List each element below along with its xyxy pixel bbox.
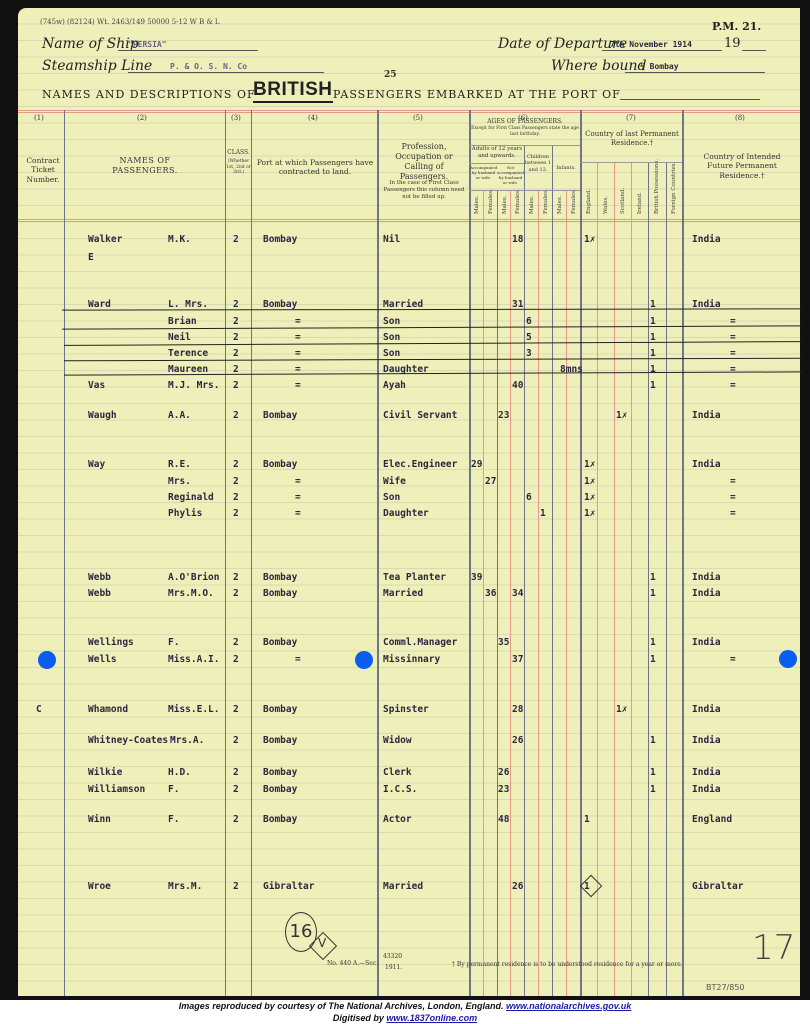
col1-header: Contract Ticket Number. bbox=[22, 156, 64, 184]
future-residence: India bbox=[692, 459, 721, 470]
col8-number: (8) bbox=[735, 114, 745, 122]
future-residence: = bbox=[730, 476, 736, 487]
passenger-age: 3 bbox=[526, 348, 532, 359]
col-divider-5 bbox=[469, 110, 471, 996]
passenger-class: 2 bbox=[233, 572, 239, 583]
credit-text-1: Images reproduced by courtesy of The Nat… bbox=[179, 1001, 504, 1011]
passenger-given-name: F. bbox=[168, 637, 179, 648]
res-subline bbox=[631, 162, 632, 996]
landing-port: Bombay bbox=[263, 735, 297, 746]
passenger-given-name: H.D. bbox=[168, 767, 191, 778]
age-subline bbox=[510, 190, 511, 996]
profession: Civil Servant bbox=[383, 410, 457, 421]
passenger-age: 27 bbox=[485, 476, 496, 487]
age-subline bbox=[524, 145, 525, 996]
passenger-given-name: Neil bbox=[168, 332, 191, 343]
form-title-suffix: PASSENGERS EMBARKED AT THE PORT OF bbox=[333, 88, 621, 101]
profession: Clerk bbox=[383, 767, 412, 778]
landing-port: Bombay bbox=[263, 784, 297, 795]
col5-header: Profession, Occupation or Calling of Pas… bbox=[380, 142, 468, 182]
future-residence: India bbox=[692, 784, 721, 795]
passenger-class: 2 bbox=[233, 704, 239, 715]
landing-port: = bbox=[295, 332, 301, 343]
passenger-age: 18 bbox=[512, 234, 523, 245]
col6-note: Except for First Class Passengers state … bbox=[470, 126, 580, 137]
passenger-surname: Wellings bbox=[88, 637, 134, 648]
profession: Son bbox=[383, 332, 400, 343]
age-header-rule bbox=[469, 190, 580, 191]
line-underline bbox=[128, 72, 324, 73]
col8-header: Country of Intended Future Permanent Res… bbox=[690, 152, 794, 180]
corner-handwritten-mark: 17 bbox=[752, 928, 795, 968]
form-title-prefix: NAMES AND DESCRIPTIONS OF bbox=[42, 88, 256, 101]
profession: Son bbox=[383, 316, 400, 327]
landing-port: Bombay bbox=[263, 588, 297, 599]
passenger-age: 36 bbox=[485, 588, 496, 599]
res-header-rule bbox=[580, 162, 682, 163]
future-residence: India bbox=[692, 410, 721, 421]
passenger-age: 40 bbox=[512, 380, 523, 391]
passenger-given-name: M.J. Mrs. bbox=[168, 380, 219, 391]
age-males-header: Males. bbox=[529, 196, 535, 215]
res-scotland-header: Scotland. bbox=[620, 188, 626, 214]
last-residence-mark: 1 bbox=[584, 814, 590, 825]
page-number: 25 bbox=[384, 70, 397, 80]
archive-reference: BT27/850 bbox=[706, 983, 745, 992]
col6-adults-header: Adults of 12 years and upwards. bbox=[470, 146, 524, 160]
form-title-british: BRITISH bbox=[253, 79, 333, 103]
passenger-given-name: Mrs.A. bbox=[170, 735, 204, 746]
passenger-surname: Whitney-Coates bbox=[88, 735, 168, 746]
col3-header: CLASS. bbox=[226, 149, 251, 157]
diamond-mark-text: V bbox=[318, 936, 326, 950]
landing-port: Bombay bbox=[263, 234, 297, 245]
passenger-class: 2 bbox=[233, 735, 239, 746]
print-reference: (745w) (82124) Wt. 2463/149 50000 5-12 W… bbox=[40, 18, 220, 26]
col-divider-7 bbox=[682, 110, 684, 996]
age-males-header: Males. bbox=[474, 196, 480, 215]
col4-header: Port at which Passengers have contracted… bbox=[256, 158, 374, 177]
passenger-surname: Webb bbox=[88, 588, 111, 599]
credit-line-2: Digitised by www.1837online.com bbox=[0, 1013, 810, 1023]
last-residence-mark: 1 bbox=[650, 767, 656, 778]
res-subline bbox=[648, 162, 649, 996]
future-residence: India bbox=[692, 637, 721, 648]
passenger-given-name: Brian bbox=[168, 316, 197, 327]
last-residence-mark: 1✗ bbox=[616, 410, 627, 421]
passenger-given-name: A.A. bbox=[168, 410, 191, 421]
marker-right-icon[interactable] bbox=[779, 650, 797, 668]
passenger-given-name: M.K. bbox=[168, 234, 191, 245]
passenger-age: 26 bbox=[512, 881, 523, 892]
passenger-age: 39 bbox=[471, 572, 482, 583]
passenger-class: 2 bbox=[233, 476, 239, 487]
passenger-class: 2 bbox=[233, 410, 239, 421]
passenger-age: 23 bbox=[498, 784, 509, 795]
profession: Ayah bbox=[383, 380, 406, 391]
departure-underline bbox=[602, 50, 722, 51]
age-subline bbox=[497, 190, 498, 996]
profession: Married bbox=[383, 881, 423, 892]
passenger-surname: Winn bbox=[88, 814, 111, 825]
col6-children-header: Children between 1 and 12. bbox=[524, 154, 552, 173]
departure-year-prefix: 19 bbox=[724, 36, 741, 51]
profession: Son bbox=[383, 348, 400, 359]
col-divider-1 bbox=[64, 110, 65, 996]
passenger-age: 26 bbox=[498, 767, 509, 778]
passenger-age: 26 bbox=[512, 735, 523, 746]
passenger-class: 2 bbox=[233, 767, 239, 778]
future-residence: = bbox=[730, 654, 736, 665]
credit-line-1: Images reproduced by courtesy of The Nat… bbox=[0, 1001, 810, 1011]
last-residence-mark: 1✗ bbox=[584, 476, 595, 487]
future-residence: Gibraltar bbox=[692, 881, 743, 892]
col2-number: (2) bbox=[137, 114, 147, 122]
col6-header: AGES OF PASSENGERS. bbox=[470, 118, 580, 126]
last-residence-mark: 1 bbox=[650, 735, 656, 746]
col-divider-6 bbox=[580, 110, 582, 996]
landing-port: = bbox=[295, 492, 301, 503]
passenger-given-name: F. bbox=[168, 814, 179, 825]
passenger-age: 37 bbox=[512, 654, 523, 665]
passenger-class: 2 bbox=[233, 234, 239, 245]
profession: Tea Planter bbox=[383, 572, 446, 583]
passenger-given-name: L. Mrs. bbox=[168, 299, 208, 310]
passenger-class: 2 bbox=[233, 316, 239, 327]
departure-value: 7th November 1914 bbox=[610, 40, 692, 49]
landing-port: Bombay bbox=[263, 459, 297, 470]
future-residence: = bbox=[730, 380, 736, 391]
col3-note: (Whether 1st, 2nd or 3rd.) bbox=[226, 159, 251, 176]
passenger-given-name: Reginald bbox=[168, 492, 214, 503]
age-females-header: Females. bbox=[571, 189, 577, 214]
landing-port: Gibraltar bbox=[263, 881, 314, 892]
col-divider-2 bbox=[225, 110, 226, 996]
col6-not-accompanied-header: Not accompanied by husband or wife. bbox=[497, 165, 524, 185]
passenger-class: 2 bbox=[233, 492, 239, 503]
passenger-class: 2 bbox=[233, 637, 239, 648]
passenger-age: 23 bbox=[498, 410, 509, 421]
passenger-surname: Wroe bbox=[88, 881, 111, 892]
passenger-given-name: F. bbox=[168, 784, 179, 795]
col2-header: NAMES OF PASSENGERS. bbox=[90, 156, 200, 176]
age-subline bbox=[538, 190, 539, 996]
col-divider-3 bbox=[251, 110, 252, 996]
landing-port: Bombay bbox=[263, 637, 297, 648]
future-residence: = bbox=[730, 364, 736, 375]
col6-infants-header: Infants. bbox=[552, 165, 580, 171]
passenger-class: 2 bbox=[233, 814, 239, 825]
passenger-surname: Whamond bbox=[88, 704, 128, 715]
last-residence-mark: 1✗ bbox=[584, 459, 595, 470]
passenger-class: 2 bbox=[233, 654, 239, 665]
age-males-header: Males. bbox=[502, 196, 508, 215]
passenger-surname: Webb bbox=[88, 572, 111, 583]
landing-port: = bbox=[295, 476, 301, 487]
landing-port: Bombay bbox=[263, 704, 297, 715]
year-underline bbox=[742, 50, 766, 51]
passenger-class: 2 bbox=[233, 588, 239, 599]
passenger-class: 2 bbox=[233, 881, 239, 892]
passenger-class: 2 bbox=[233, 332, 239, 343]
credit-text-2: Digitised by bbox=[333, 1013, 384, 1023]
passenger-given-name: Terence bbox=[168, 348, 208, 359]
res-foreign-header: Foreign Countries. bbox=[671, 162, 677, 214]
passenger-surname: Ward bbox=[88, 299, 111, 310]
last-residence-mark: 1 bbox=[650, 637, 656, 648]
last-residence-mark: 1 bbox=[650, 588, 656, 599]
passenger-given-name: Miss.A.I. bbox=[168, 654, 219, 665]
profession: Comml.Manager bbox=[383, 637, 457, 648]
future-residence: = bbox=[730, 508, 736, 519]
last-residence-mark: 1 bbox=[650, 784, 656, 795]
profession: Wife bbox=[383, 476, 406, 487]
passenger-age: 6 bbox=[526, 492, 532, 503]
passenger-given-name: Mrs.M. bbox=[168, 881, 202, 892]
age-females-header: Females. bbox=[515, 189, 521, 214]
passenger-surname: Vas bbox=[88, 380, 105, 391]
age-males-header: Males. bbox=[557, 196, 563, 215]
form-number: P.M. 21. bbox=[712, 20, 761, 33]
passenger-class: 2 bbox=[233, 380, 239, 391]
age-subline bbox=[566, 190, 567, 996]
last-residence-mark: 1✗ bbox=[584, 508, 595, 519]
col1-number: (1) bbox=[34, 114, 44, 122]
col3-number: (3) bbox=[231, 114, 241, 122]
res-subline bbox=[666, 162, 667, 996]
landing-port: Bombay bbox=[263, 572, 297, 583]
landing-port: = bbox=[295, 380, 301, 391]
footnote: † By permanent residence is to be unders… bbox=[452, 961, 683, 968]
profession: Actor bbox=[383, 814, 412, 825]
profession: I.C.S. bbox=[383, 784, 417, 795]
ship-underline bbox=[118, 50, 258, 51]
col-divider-4 bbox=[377, 110, 379, 996]
passenger-surname: Wells bbox=[88, 654, 117, 665]
passenger-given-name: Miss.E.L. bbox=[168, 704, 219, 715]
last-residence-mark: 1 bbox=[650, 364, 656, 375]
future-residence: India bbox=[692, 704, 721, 715]
profession: Elec.Engineer bbox=[383, 459, 457, 470]
age-header-rule bbox=[469, 163, 524, 164]
passenger-age: 29 bbox=[471, 459, 482, 470]
future-residence: India bbox=[692, 735, 721, 746]
passenger-age: 1 bbox=[540, 508, 546, 519]
res-england-header: England. bbox=[586, 189, 592, 214]
landing-port: Bombay bbox=[263, 410, 297, 421]
last-residence-mark: 1✗ bbox=[584, 492, 595, 503]
ship-value: "PERSIA" bbox=[128, 40, 167, 49]
last-residence-mark: 1 bbox=[650, 572, 656, 583]
online-1837-link[interactable]: www.1837online.com bbox=[386, 1013, 477, 1023]
future-residence: India bbox=[692, 588, 721, 599]
future-residence: India bbox=[692, 234, 721, 245]
age-females-header: Females. bbox=[543, 189, 549, 214]
future-residence: England bbox=[692, 814, 732, 825]
res-ireland-header: Ireland. bbox=[637, 192, 643, 214]
col5-number: (5) bbox=[413, 114, 423, 122]
form-reference: No. 440 A.—Sec. bbox=[327, 960, 378, 967]
landing-port: = bbox=[295, 316, 301, 327]
res-subline bbox=[614, 162, 615, 996]
ticket-number: C bbox=[36, 704, 42, 715]
passenger-given-name: Phylis bbox=[168, 508, 202, 519]
last-residence-mark: 1✗ bbox=[616, 704, 627, 715]
passenger-class: 2 bbox=[233, 348, 239, 359]
col7-header: Country of last Permanent Residence.† bbox=[582, 130, 682, 148]
passenger-age-secondary: 34 bbox=[512, 588, 523, 599]
profession: Missinnary bbox=[383, 654, 440, 665]
passenger-surname: Way bbox=[88, 459, 105, 470]
age-subline bbox=[483, 190, 484, 996]
passenger-class: 2 bbox=[233, 508, 239, 519]
passenger-given-name: Mrs.M.O. bbox=[168, 588, 214, 599]
col4-number: (4) bbox=[308, 114, 318, 122]
form-fraction-top: 43320 bbox=[383, 953, 402, 960]
marker-middle-icon[interactable] bbox=[355, 651, 373, 669]
col7-number: (7) bbox=[626, 114, 636, 122]
landing-port: = bbox=[295, 654, 301, 665]
passenger-age: 5 bbox=[526, 332, 532, 343]
passenger-surname: Wilkie bbox=[88, 767, 122, 778]
landing-port: Bombay bbox=[263, 767, 297, 778]
marker-left-icon[interactable] bbox=[38, 651, 56, 669]
passenger-surname: Walker bbox=[88, 234, 122, 245]
where-bound-value: ½ Bombay bbox=[640, 62, 679, 71]
landing-port: = bbox=[295, 348, 301, 359]
passenger-age: 6 bbox=[526, 316, 532, 327]
port-underline bbox=[620, 99, 760, 100]
profession: Spinster bbox=[383, 704, 429, 715]
profession: Married bbox=[383, 588, 423, 599]
res-wales-header: Wales. bbox=[603, 196, 609, 214]
res-subline bbox=[597, 162, 598, 996]
profession: Widow bbox=[383, 735, 412, 746]
age-females-header: Females. bbox=[488, 189, 494, 214]
form-fraction-bottom: 1911. bbox=[385, 964, 402, 971]
future-residence: India bbox=[692, 572, 721, 583]
passenger-surname: E bbox=[88, 252, 94, 263]
national-archives-link[interactable]: www.nationalarchives.gov.uk bbox=[506, 1001, 631, 1011]
future-residence: India bbox=[692, 767, 721, 778]
landing-port: = bbox=[295, 508, 301, 519]
passenger-age: 28 bbox=[512, 704, 523, 715]
future-residence: = bbox=[730, 492, 736, 503]
res-british-possessions-header: British Possessions. bbox=[654, 159, 660, 214]
passenger-given-name: A.O'Brion bbox=[168, 572, 219, 583]
steamship-line-value: P. & O. S. N. Co bbox=[170, 62, 247, 71]
profession: Nil bbox=[383, 234, 400, 245]
passenger-class: 2 bbox=[233, 459, 239, 470]
age-subline bbox=[552, 145, 553, 996]
profession: Daughter bbox=[383, 508, 429, 519]
passenger-given-name: Mrs. bbox=[168, 476, 191, 487]
profession: Son bbox=[383, 492, 400, 503]
col5-note: In the case of First Class Passengers th… bbox=[382, 180, 466, 201]
col6-accompanied-header: Accompanied by husband or wife. bbox=[470, 165, 497, 180]
last-residence-mark: 1 bbox=[650, 380, 656, 391]
landing-port: Bombay bbox=[263, 814, 297, 825]
last-residence-mark: 1 bbox=[650, 654, 656, 665]
passenger-class: 2 bbox=[233, 784, 239, 795]
where-bound-underline bbox=[625, 72, 765, 73]
last-residence-mark: 1✗ bbox=[584, 234, 595, 245]
passenger-age: 35 bbox=[498, 637, 509, 648]
passenger-age: 48 bbox=[498, 814, 509, 825]
passenger-surname: Williamson bbox=[88, 784, 145, 795]
passenger-given-name: R.E. bbox=[168, 459, 191, 470]
passenger-surname: Waugh bbox=[88, 410, 117, 421]
